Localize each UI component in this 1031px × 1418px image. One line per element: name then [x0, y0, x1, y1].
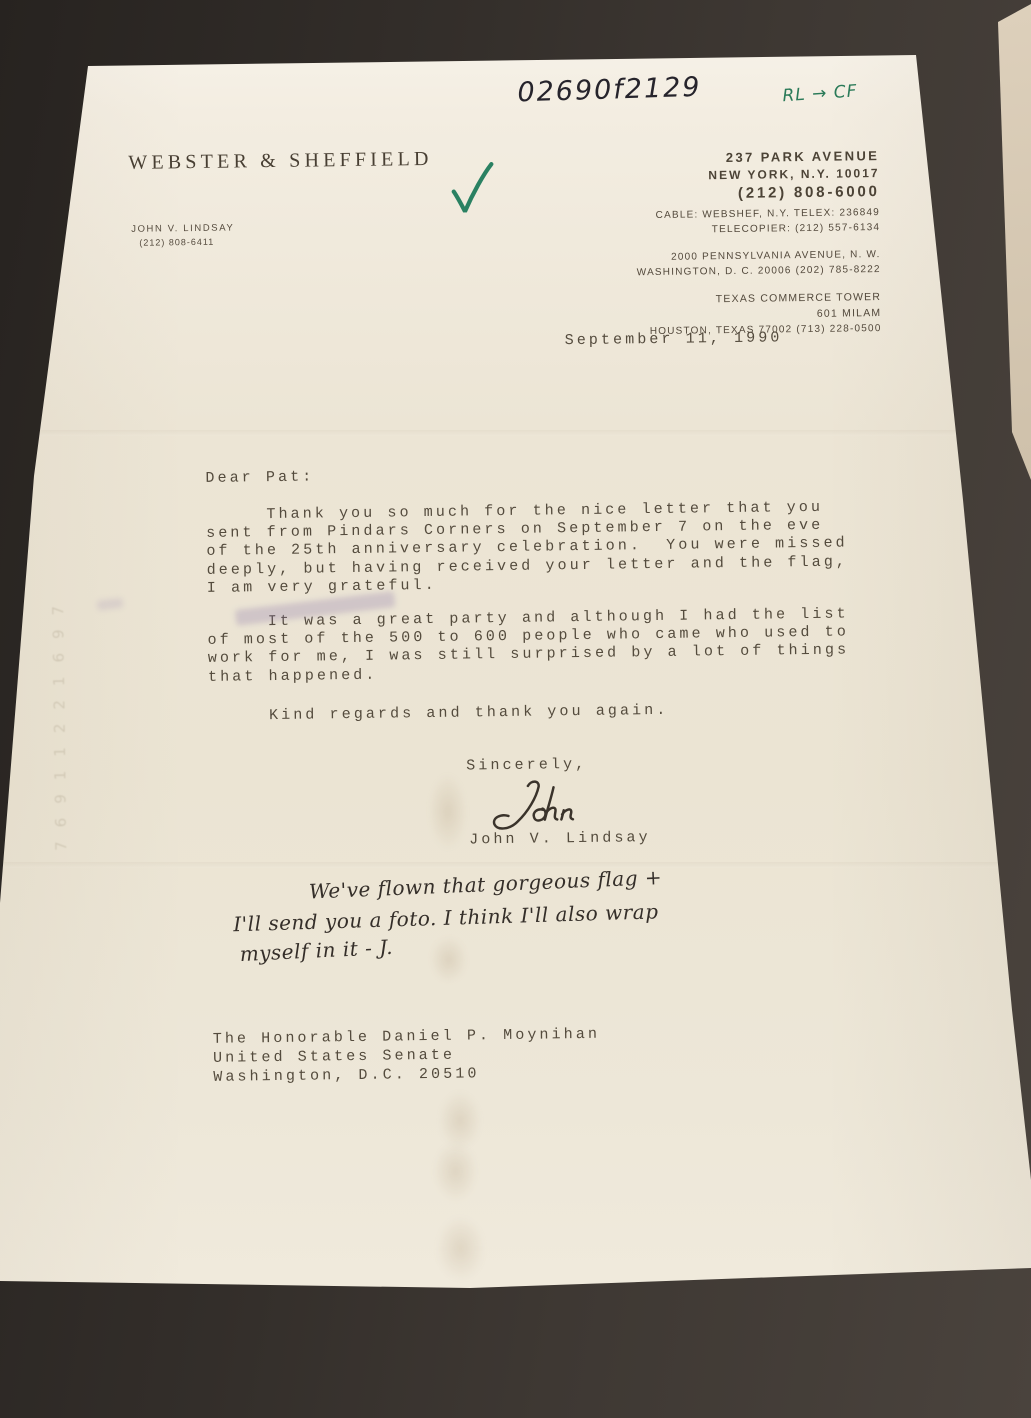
photo-of-letter: { "colors":{ "background":"#38322d", "pa…	[0, 0, 1031, 1418]
handwritten-inventory-number: 02690f2129	[517, 72, 702, 109]
recipient-address: The Honorable Daniel P. Moynihan United …	[213, 1025, 601, 1087]
letterhead-attorney-name: JOHN V. LINDSAY	[131, 222, 234, 234]
postscript-line-3: myself in it - J.	[239, 935, 393, 966]
body-paragraph-1: Thank you so much for the nice letter th…	[206, 498, 849, 597]
postscript-line-1: We've flown that gorgeous flag +	[308, 865, 662, 903]
tx-street-line: 601 MILAM	[551, 307, 881, 323]
letter-content: 02690f2129 RL → CF WEBSTER & SHEFFIELD J…	[0, 0, 1031, 1418]
faint-vertical-digits: 76911221697	[48, 491, 71, 851]
bleedthrough-mark	[429, 936, 468, 984]
dc-address-line: 2000 PENNSYLVANIA AVENUE, N. W.	[551, 249, 881, 264]
handwritten-routing-note: RL → CF	[782, 81, 858, 106]
letterhead-firm-name: WEBSTER & SHEFFIELD	[128, 148, 433, 175]
salutation: Dear Pat:	[205, 468, 314, 488]
closing-line: Kind regards and thank you again.	[208, 702, 668, 726]
ny-cable-line: CABLE: WEBSHEF, N.Y. TELEX: 236849	[550, 207, 880, 222]
ny-phone-line: (212) 808-6000	[550, 183, 880, 204]
tx-building-line: TEXAS COMMERCE TOWER	[551, 291, 881, 307]
ny-address-line: 237 PARK AVENUE	[549, 148, 879, 167]
faint-purple-stamp	[97, 598, 124, 611]
letter-date: September 11, 1990	[565, 329, 783, 350]
bleedthrough-mark	[427, 772, 468, 851]
green-checkmark-icon	[448, 160, 495, 213]
letterhead-attorney-phone: (212) 808-6411	[139, 237, 214, 248]
bleedthrough-mark	[432, 1140, 479, 1203]
signer-typed-name: John V. Lindsay	[469, 829, 651, 850]
ny-address-line: NEW YORK, N.Y. 10017	[549, 166, 879, 184]
bleedthrough-mark	[435, 1215, 486, 1282]
valediction: Sincerely,	[466, 756, 587, 776]
letterhead-offices: 237 PARK AVENUE NEW YORK, N.Y. 10017 (21…	[549, 148, 881, 338]
postscript-line-2: I'll send you a foto. I think I'll also …	[233, 899, 659, 936]
